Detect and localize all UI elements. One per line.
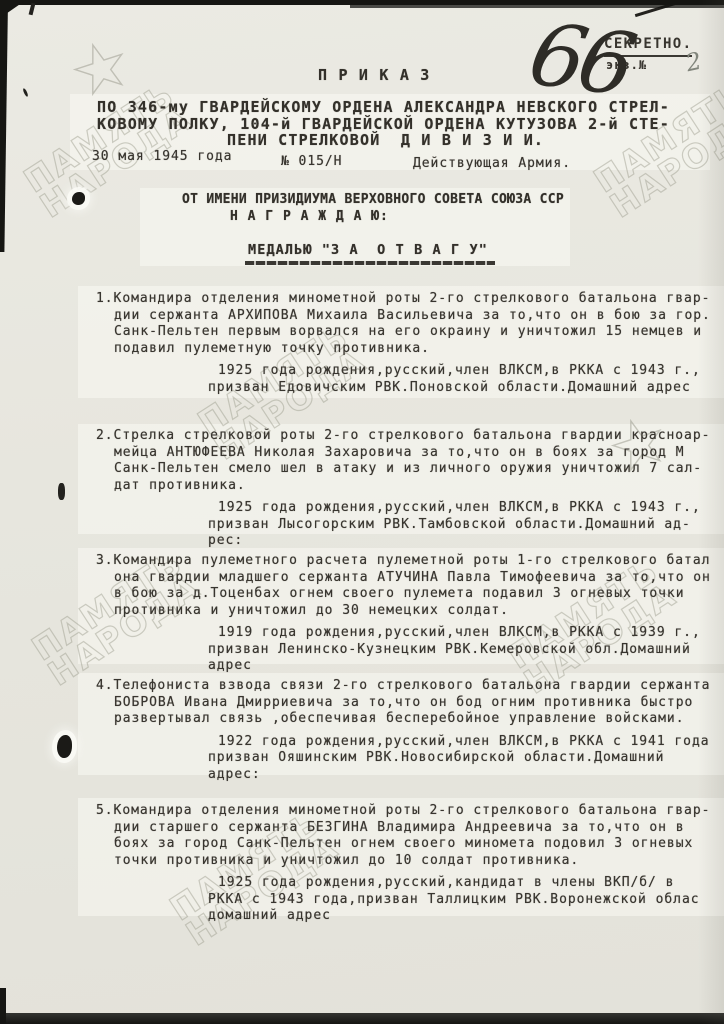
item-line: дат противника. <box>96 478 724 495</box>
ink-blot <box>72 192 85 205</box>
item-line: домашний адрес <box>208 908 724 925</box>
item-line: адрес: <box>208 767 724 784</box>
document-page: ★ ПАМЯТЬНАРОДА ПАМЯТЬНАРОДА ПАМЯТЬНАРОДА… <box>0 0 724 1024</box>
item-biography: 1919 года рождения,русский,член ВЛКСМ,в … <box>208 625 724 675</box>
item-line: 4.Телефониста взвода связи 2-го стрелков… <box>96 678 724 695</box>
item-citation: 4.Телефониста взвода связи 2-го стрелков… <box>96 678 724 728</box>
order-item-4: 4.Телефониста взвода связи 2-го стрелков… <box>96 678 724 783</box>
item-line: Санк-Пельтен смело шел в атаку и из личн… <box>96 461 724 478</box>
pen-stroke <box>635 0 689 17</box>
pen-tick <box>29 3 36 16</box>
scan-corner <box>0 0 26 18</box>
item-line: призван Лысогорским РВК.Тамбовской облас… <box>208 517 724 534</box>
item-line: точки противника и уничтожил до 10 солда… <box>96 853 724 870</box>
item-line: РККА с 1943 года,призван Таллицким РВК.В… <box>208 892 724 909</box>
item-citation: 5.Командира отделения минометной роты 2-… <box>96 803 724 869</box>
item-citation: 2.Стрелка стрелковой роты 2-го стрелково… <box>96 428 724 494</box>
item-biography: 1925 года рождения,русский,член ВЛКСМ,в … <box>208 500 724 550</box>
item-citation: 1.Командира отделения минометной роты 2-… <box>96 291 724 357</box>
item-biography: 1925 года рождения,русский,кандидат в чл… <box>208 875 724 925</box>
army-note: Действующая Армия. <box>413 156 571 171</box>
scan-edge-top-smudge <box>350 0 724 8</box>
order-item-5: 5.Командира отделения минометной роты 2-… <box>96 803 724 925</box>
item-line: дии старшего сержанта БЕЗГИНА Владимира … <box>96 820 724 837</box>
item-biography: 1925 года рождения,русский,член ВЛКСМ,в … <box>208 363 724 396</box>
pen-tick <box>22 88 29 97</box>
item-line: в бою за д.Тоценбах огнем своего пулемет… <box>96 586 724 603</box>
item-line: подавил пулеметную точку противника. <box>96 341 724 358</box>
medal-name: МЕДАЛЬЮ "З А О Т В А Г У" <box>248 242 488 258</box>
item-line: развертывал связь ,обеспечивая бесперебо… <box>96 711 724 728</box>
item-line: рес: <box>208 533 724 550</box>
item-line: 1925 года рождения,русский,член ВЛКСМ,в … <box>208 363 724 380</box>
item-citation: 3.Командира пулеметного расчета пулеметн… <box>96 553 724 619</box>
item-line: призван Ленинско-Кузнецким РВК.Кемеровск… <box>208 642 724 659</box>
item-line: 1922 года рождения,русский,член ВЛКСМ,в … <box>208 734 724 751</box>
award-verb: Н А Г Р А Ж Д А Ю: <box>230 209 389 224</box>
copy-number-handwritten: 2 <box>683 47 704 78</box>
order-title: П Р И К А З <box>318 66 431 84</box>
item-line: БОБРОВА Ивана Дмирриевича за то,что он б… <box>96 695 724 712</box>
order-number: № 015/Н <box>281 154 342 169</box>
order-date: 30 мая 1945 года <box>92 149 232 164</box>
item-line: 2.Стрелка стрелковой роты 2-го стрелково… <box>96 428 724 445</box>
order-subtitle-line: ПЕНИ СТРЕЛКОВОЙ Д И В И З И И. <box>227 131 544 149</box>
item-line: боях за город Санк-Пельтен огнем своего … <box>96 836 724 853</box>
order-item-2: 2.Стрелка стрелковой роты 2-го стрелково… <box>96 428 724 550</box>
medal-underline <box>245 261 495 265</box>
scan-edge-bottom <box>0 1013 724 1024</box>
preamble: ОТ ИМЕНИ ПРИЗИДИУМА ВЕРХОВНОГО СОВЕТА СО… <box>182 192 564 207</box>
ink-blot <box>57 735 72 758</box>
order-item-1: 1.Командира отделения минометной роты 2-… <box>96 291 724 396</box>
item-line: адрес <box>208 658 724 675</box>
item-line: 1919 года рождения,русский,член ВЛКСМ,в … <box>208 625 724 642</box>
item-line: призван Едовичским РВК.Поновской области… <box>208 380 724 397</box>
order-subtitle-line: ПО 346-му ГВАРДЕЙСКОМУ ОРДЕНА АЛЕКСАНДРА… <box>97 98 670 116</box>
item-line: она гвардии младшего сержанта АТУЧИНА Па… <box>96 570 724 587</box>
item-line: противника и уничтожил до 30 немецких со… <box>96 603 724 620</box>
item-biography: 1922 года рождения,русский,член ВЛКСМ,в … <box>208 734 724 784</box>
item-line: 3.Командира пулеметного расчета пулеметн… <box>96 553 724 570</box>
item-line: 1925 года рождения,русский,кандидат в чл… <box>208 875 724 892</box>
scan-edge-left <box>0 0 8 252</box>
item-line: мейца АНТЮФЕЕВА Николая Захаровича за то… <box>96 445 724 462</box>
order-item-3: 3.Командира пулеметного расчета пулеметн… <box>96 553 724 675</box>
item-line: 1925 года рождения,русский,член ВЛКСМ,в … <box>208 500 724 517</box>
scan-edge-left-bottom <box>0 988 6 1024</box>
item-line: 1.Командира отделения минометной роты 2-… <box>96 291 724 308</box>
item-line: Санк-Пельтен первым ворвался на его окра… <box>96 324 724 341</box>
item-line: 5.Командира отделения минометной роты 2-… <box>96 803 724 820</box>
scan-edge-top <box>0 0 724 5</box>
item-line: дии сержанта АРХИПОВА Михаила Васильевич… <box>96 308 724 325</box>
item-line: призван Ояшинским РВК.Новосибирской обла… <box>208 750 724 767</box>
ink-mark <box>58 483 65 500</box>
